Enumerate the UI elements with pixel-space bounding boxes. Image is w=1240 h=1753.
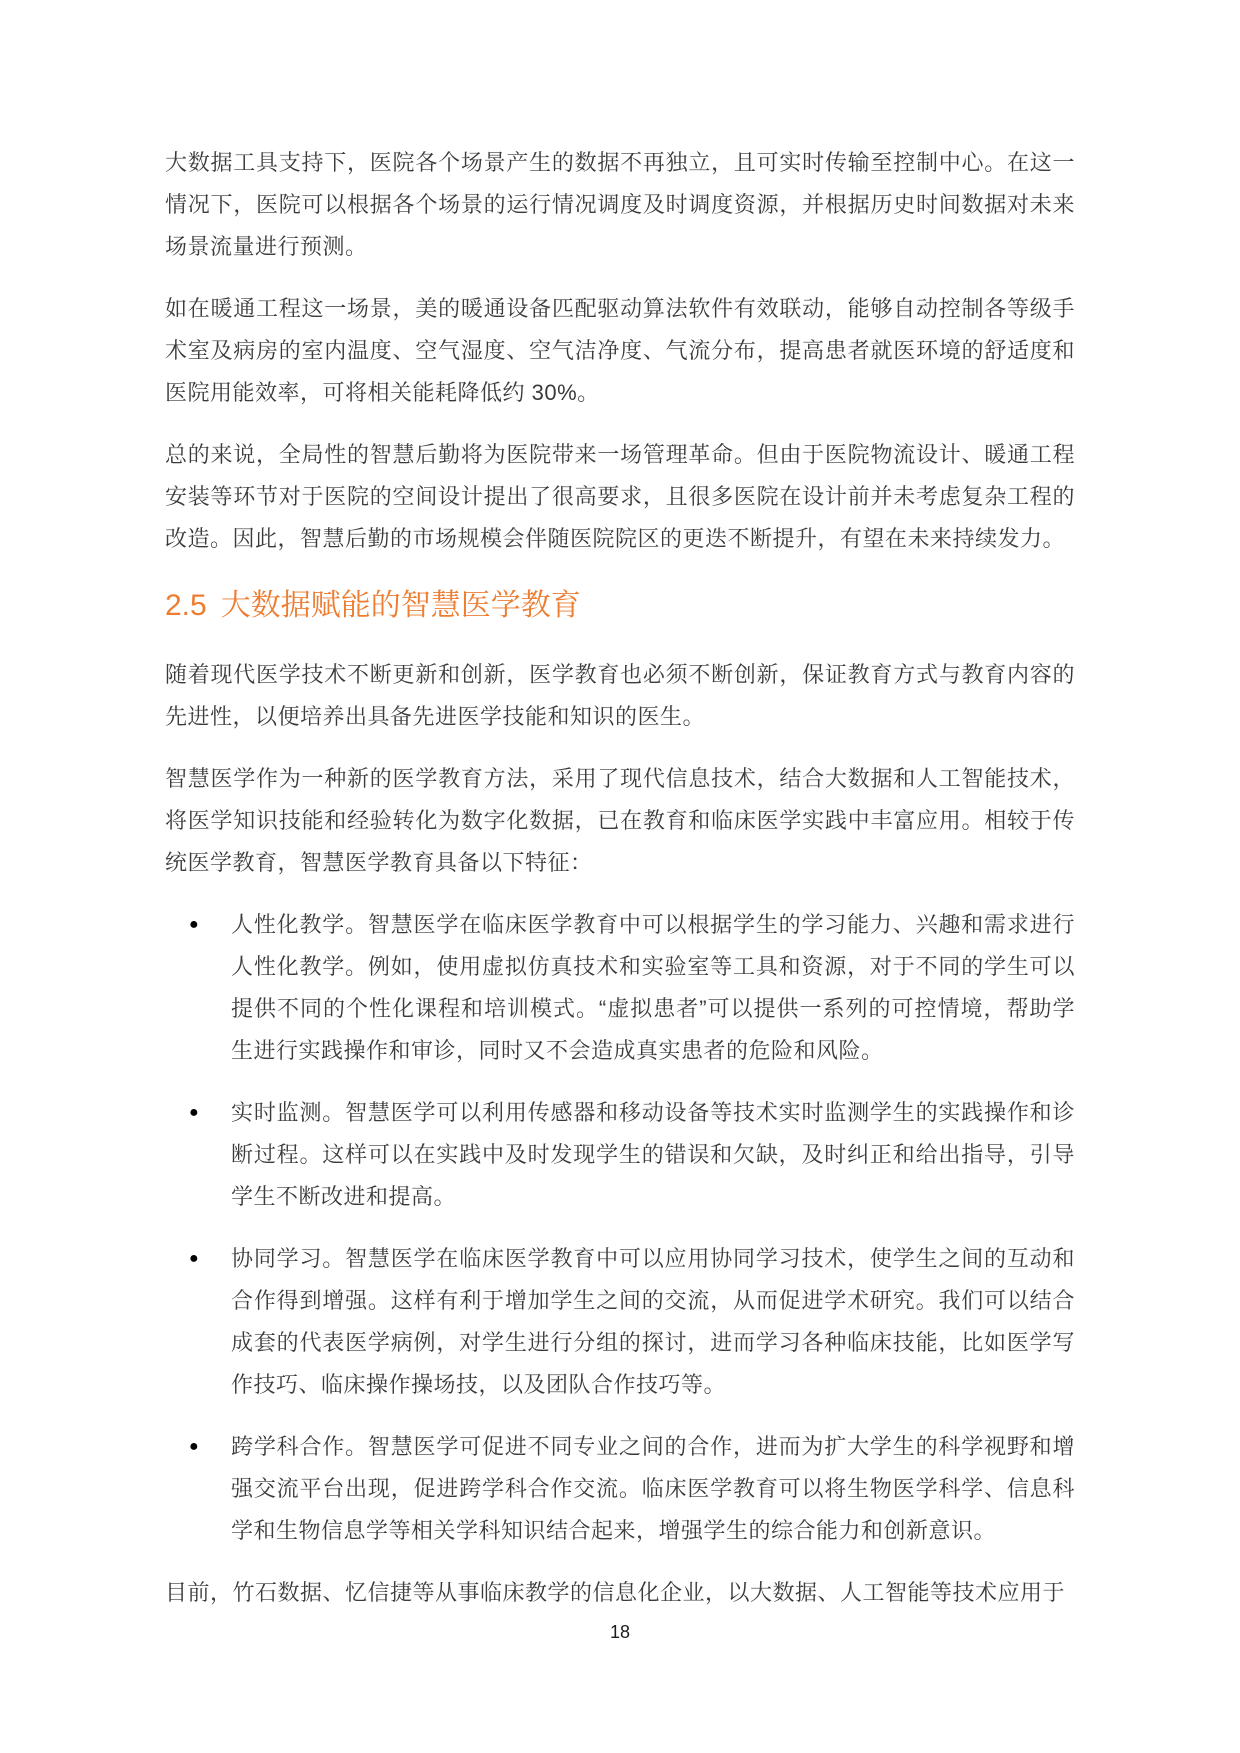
section-number: 2.5 <box>165 589 207 622</box>
page-number: 18 <box>0 1620 1240 1644</box>
feature-bullet-list: ● 人性化教学。智慧医学在临床医学教育中可以根据学生的学习能力、兴趣和需求进行人… <box>165 904 1075 1552</box>
section-heading: 2.5大数据赋能的智慧医学教育 <box>165 586 1075 626</box>
list-item: ● 协同学习。智慧医学在临床医学教育中可以应用协同学习技术，使学生之间的互动和合… <box>165 1238 1075 1406</box>
document-page: 大数据工具支持下，医院各个场景产生的数据不再独立，且可实时传输至控制中心。在这一… <box>0 0 1240 1753</box>
paragraph: 如在暖通工程这一场景，美的暖通设备匹配驱动算法软件有效联动，能够自动控制各等级手… <box>165 288 1075 414</box>
section-title: 大数据赋能的智慧医学教育 <box>221 589 581 622</box>
list-item-text: 人性化教学。智慧医学在临床医学教育中可以根据学生的学习能力、兴趣和需求进行人性化… <box>231 912 1075 1063</box>
paragraph: 总的来说，全局性的智慧后勤将为医院带来一场管理革命。但由于医院物流设计、暖通工程… <box>165 434 1075 560</box>
paragraph: 大数据工具支持下，医院各个场景产生的数据不再独立，且可实时传输至控制中心。在这一… <box>165 142 1075 268</box>
page-content: 大数据工具支持下，医院各个场景产生的数据不再独立，且可实时传输至控制中心。在这一… <box>0 0 1240 1614</box>
bullet-icon: ● <box>189 1092 199 1134</box>
bullet-icon: ● <box>189 904 199 946</box>
list-item: ● 人性化教学。智慧医学在临床医学教育中可以根据学生的学习能力、兴趣和需求进行人… <box>165 904 1075 1072</box>
paragraph: 智慧医学作为一种新的医学教育方法，采用了现代信息技术，结合大数据和人工智能技术，… <box>165 758 1075 884</box>
bullet-icon: ● <box>189 1238 199 1280</box>
bullet-icon: ● <box>189 1426 199 1468</box>
list-item-text: 协同学习。智慧医学在临床医学教育中可以应用协同学习技术，使学生之间的互动和合作得… <box>231 1246 1075 1397</box>
list-item-text: 跨学科合作。智慧医学可促进不同专业之间的合作，进而为扩大学生的科学视野和增强交流… <box>231 1434 1075 1543</box>
paragraph: 目前，竹石数据、忆信捷等从事临床教学的信息化企业，以大数据、人工智能等技术应用于 <box>165 1572 1075 1614</box>
list-item: ● 跨学科合作。智慧医学可促进不同专业之间的合作，进而为扩大学生的科学视野和增强… <box>165 1426 1075 1552</box>
list-item-text: 实时监测。智慧医学可以利用传感器和移动设备等技术实时监测学生的实践操作和诊断过程… <box>231 1100 1075 1209</box>
list-item: ● 实时监测。智慧医学可以利用传感器和移动设备等技术实时监测学生的实践操作和诊断… <box>165 1092 1075 1218</box>
paragraph: 随着现代医学技术不断更新和创新，医学教育也必须不断创新，保证教育方式与教育内容的… <box>165 654 1075 738</box>
